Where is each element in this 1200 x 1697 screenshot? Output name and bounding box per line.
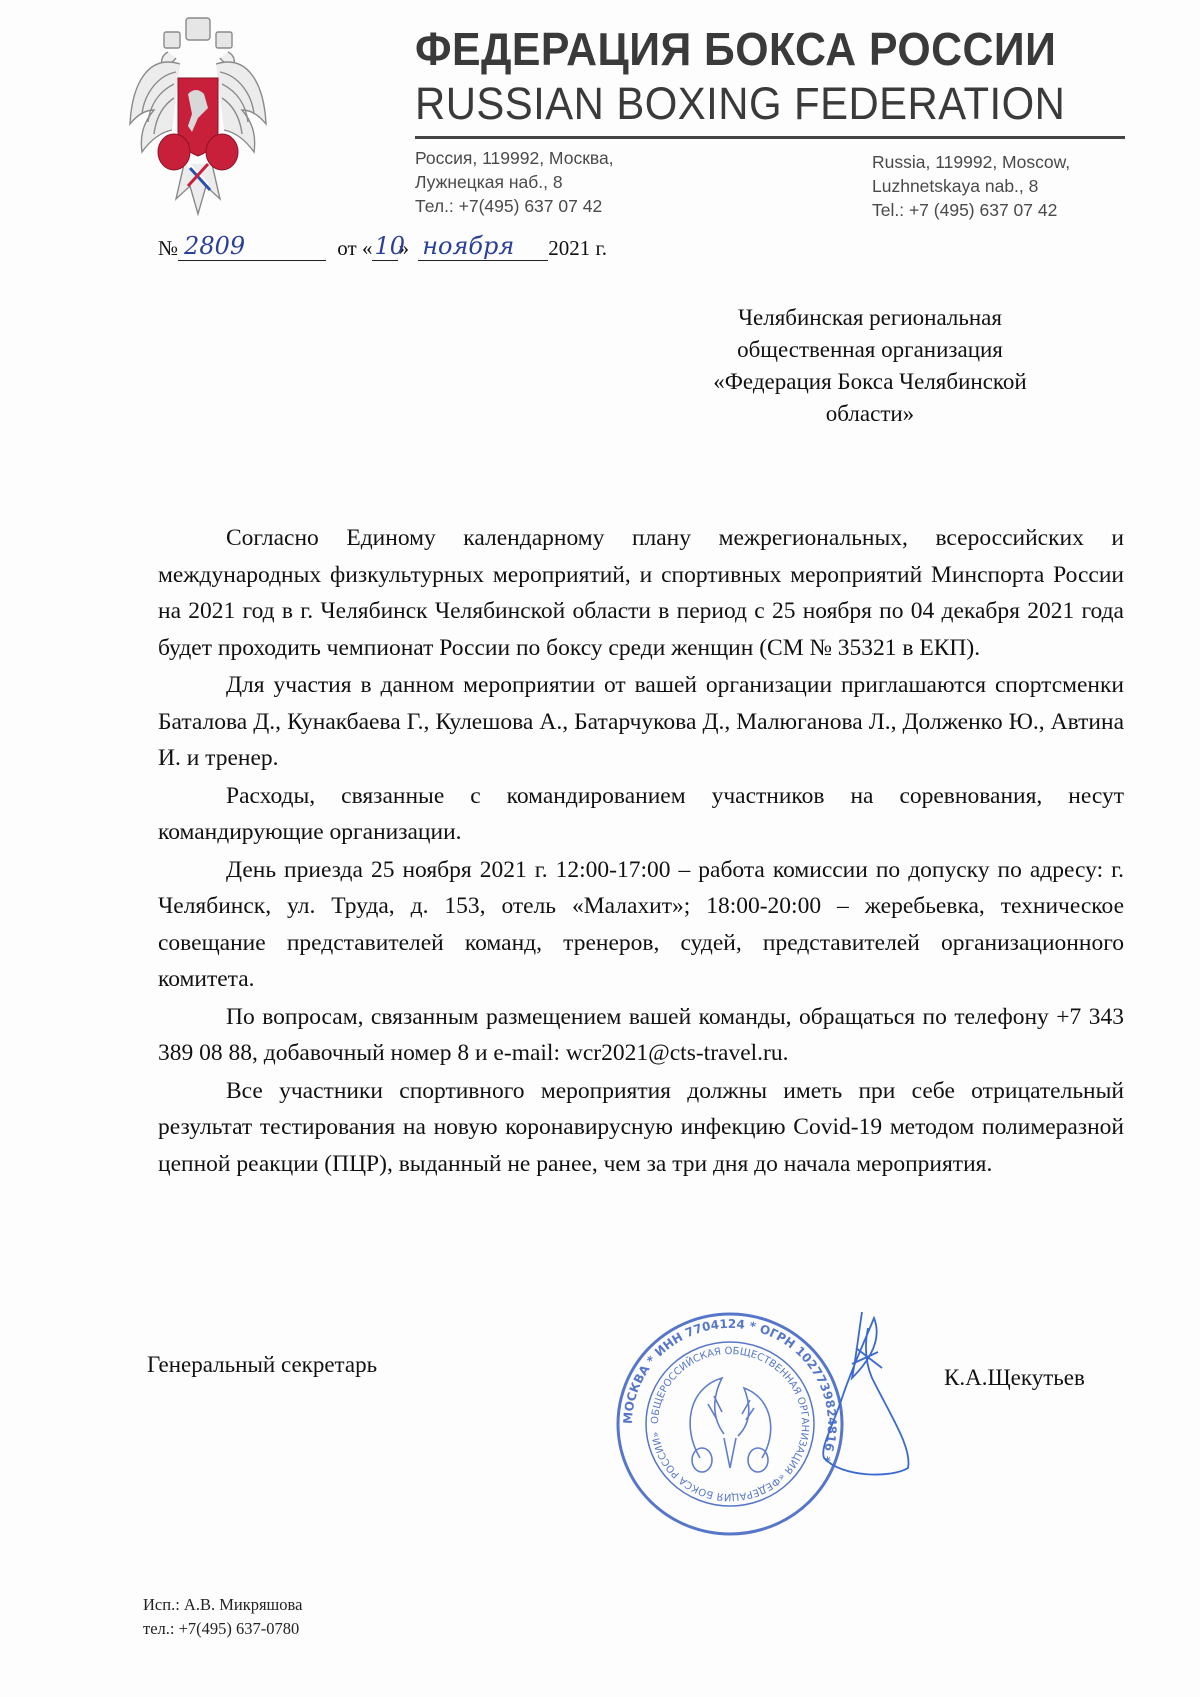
org-name-en: RUSSIAN BOXING FEDERATION — [415, 78, 1065, 130]
letter-page: ФЕДЕРАЦИЯ БОКСА РОССИИ RUSSIAN BOXING FE… — [0, 0, 1200, 1697]
addressee-line: области» — [640, 398, 1100, 430]
address-en: Russia, 119992, Moscow, Luzhnetskaya nab… — [872, 150, 1070, 222]
address-ru: Россия, 119992, Москва, Лужнецкая наб., … — [415, 146, 614, 218]
executor-phone: тел.: +7(495) 637-0780 — [143, 1617, 302, 1641]
addressee-block: Челябинская региональная общественная ор… — [640, 302, 1100, 430]
paragraph-arrival-schedule: День приезда 25 ноября 2021 г. 12:00-17:… — [158, 852, 1124, 998]
handwritten-day: 10 — [374, 232, 405, 260]
org-name-ru: ФЕДЕРАЦИЯ БОКСА РОССИИ — [415, 22, 1056, 76]
address-ru-line: Россия, 119992, Москва, — [415, 146, 614, 170]
paragraph-event-announcement: Согласно Единому календарному плану межр… — [158, 520, 1124, 666]
reference-line: №2809 от «10» ноября2021 г. — [158, 236, 607, 261]
address-en-line: Russia, 119992, Moscow, — [872, 150, 1070, 174]
addressee-line: Челябинская региональная — [640, 302, 1100, 334]
executor-info: Исп.: А.В. Микряшова тел.: +7(495) 637-0… — [143, 1593, 302, 1641]
paragraph-covid-requirement: Все участники спортивного мероприятия до… — [158, 1073, 1124, 1183]
handwritten-number: 2809 — [184, 232, 245, 260]
addressee-line: «Федерация Бокса Челябинской — [640, 366, 1100, 398]
number-label: № — [158, 236, 178, 260]
signatory-title: Генеральный секретарь — [147, 1352, 377, 1378]
address-en-line: Luzhnetskaya nab., 8 — [872, 174, 1070, 198]
addressee-line: общественная организация — [640, 334, 1100, 366]
header-divider — [415, 136, 1125, 139]
day-blank: 10 — [372, 236, 398, 261]
letter-body: Согласно Единому календарному плану межр… — [158, 520, 1124, 1183]
svg-text:ОБЩЕРОССИЙСКАЯ ОБЩЕСТВЕННАЯ ОР: ОБЩЕРОССИЙСКАЯ ОБЩЕСТВЕННАЯ ОРГАНИЗАЦИЯ … — [650, 1346, 810, 1502]
signatory-name: К.А.Щекутьев — [944, 1365, 1085, 1391]
address-ru-line: Тел.: +7(495) 637 07 42 — [415, 194, 614, 218]
day-open-quote: « — [362, 236, 373, 260]
from-label: от — [337, 236, 356, 260]
paragraph-accommodation-contacts: По вопросам, связанным размещением вашей… — [158, 999, 1124, 1072]
stamp-inner-text: ОБЩЕРОССИЙСКАЯ ОБЩЕСТВЕННАЯ ОРГАНИЗАЦИЯ … — [650, 1346, 810, 1502]
paragraph-invited-athletes: Для участия в данном мероприятии от ваше… — [158, 667, 1124, 777]
address-ru-line: Лужнецкая наб., 8 — [415, 170, 614, 194]
number-blank: 2809 — [178, 236, 326, 261]
month-blank: ноября — [418, 236, 548, 261]
boxing-federation-emblem-icon — [128, 14, 268, 219]
address-en-line: Tel.: +7 (495) 637 07 42 — [872, 198, 1070, 222]
executor-name: Исп.: А.В. Микряшова — [143, 1593, 302, 1617]
handwritten-month: ноября — [422, 232, 514, 260]
handwritten-signature-icon — [812, 1308, 922, 1488]
year-suffix: 2021 г. — [548, 236, 607, 260]
paragraph-expenses: Расходы, связанные с командированием уча… — [158, 778, 1124, 851]
